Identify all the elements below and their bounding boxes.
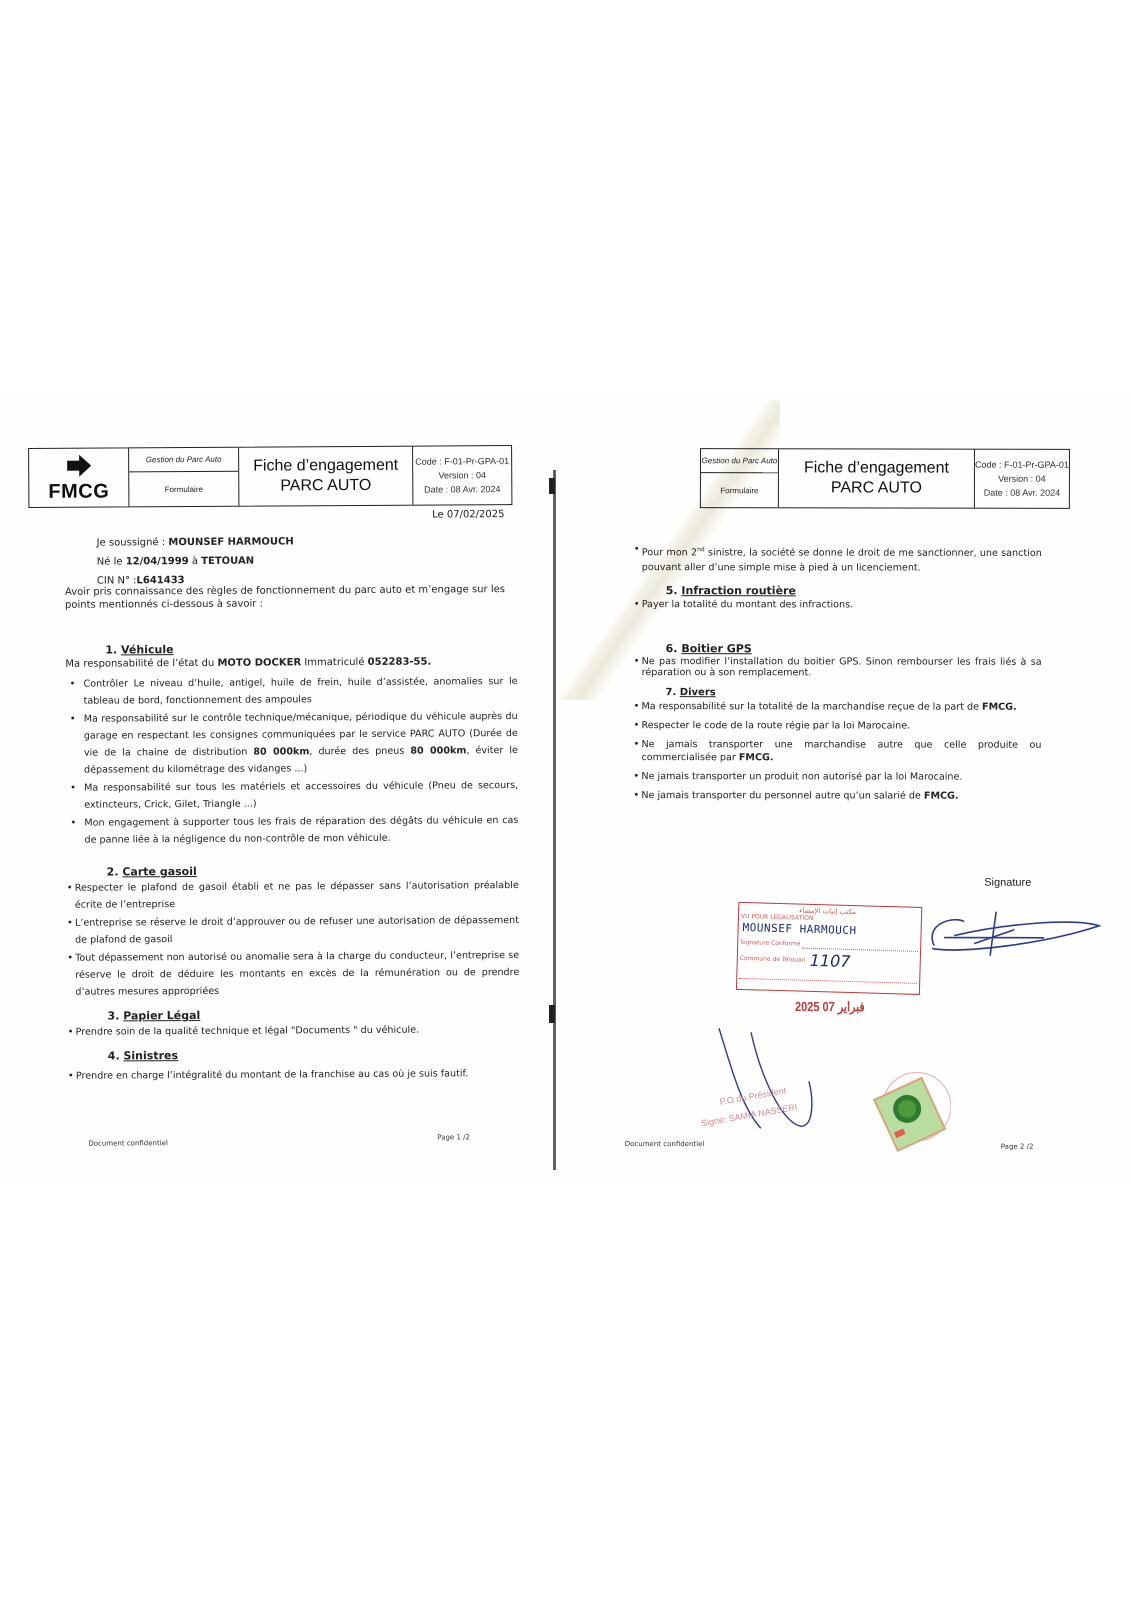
birth-sep: à xyxy=(189,556,202,567)
doc-code: Code : F-01-Pr-GPA-01 xyxy=(975,458,1069,472)
section-papier-legal: 3. Papier Légal Prendre soin de la quali… xyxy=(67,1007,519,1042)
list-item: Payer la totalité du montant des infract… xyxy=(634,598,1042,612)
section-number: 4. xyxy=(108,1049,120,1062)
doc-date: Date : 08 Avr. 2024 xyxy=(424,482,500,496)
signer-name: MOUNSEF HARMOUCH xyxy=(168,536,293,548)
title-line-2: PARC AUTO xyxy=(280,476,371,497)
signature-label: Signature xyxy=(984,877,1031,889)
list-item: Pour mon 2nd sinistre, la société se don… xyxy=(634,542,1042,576)
ordinal-suffix: nd xyxy=(697,546,705,553)
section-heading: Divers xyxy=(680,687,716,698)
binding-mark xyxy=(549,1005,555,1023)
page-number: Page 1 /2 xyxy=(437,1133,470,1141)
section-vehicule: 1. Véhicule Ma responsabilité de l’état … xyxy=(65,641,518,850)
department-label: Gestion du Parc Auto xyxy=(701,449,778,473)
section-gps: 6. Boitier GPS Ne pas modifier l’install… xyxy=(634,642,1042,680)
section-heading: Papier Légal xyxy=(123,1009,200,1022)
divers-list: Ma responsabilité sur la totalité de la … xyxy=(633,700,1041,803)
list-item: Ma responsabilité sur la totalité de la … xyxy=(634,700,1042,714)
list-item: Respecter le plafond de gasoil établi et… xyxy=(67,877,519,914)
section-number: 6. xyxy=(666,642,678,655)
list-item: Ne jamais transporter une marchandise au… xyxy=(633,738,1041,765)
list-item: Tout dépassement non autorisé ou anomali… xyxy=(67,947,519,1001)
document-title: Fiche d’engagement PARC AUTO xyxy=(239,447,413,506)
fiscal-stamp-icon xyxy=(869,1068,951,1152)
stamp-date: 2025 فبراير 07 xyxy=(795,999,865,1015)
handwritten-number: 1107 xyxy=(810,951,851,971)
section-number: 3. xyxy=(107,1009,119,1022)
department-label: Gestion du Parc Auto xyxy=(129,448,238,473)
section-number: 1. xyxy=(105,643,117,656)
birth-line: Né le 12/04/1999 à TETOUAN xyxy=(97,551,294,571)
footer-confidential: Document confidentiel xyxy=(625,1140,705,1148)
section-number: 2. xyxy=(107,865,119,878)
document-header: FMCG Gestion du Parc Auto Formulaire Fic… xyxy=(28,445,512,508)
handwritten-name: MOUNSEF HARMOUCH xyxy=(742,921,856,937)
doc-version: Version : 04 xyxy=(998,472,1046,486)
intro-paragraph: Avoir pris connaissance des règles de fo… xyxy=(65,583,517,612)
identity-block: Je soussigné : MOUNSEF HARMOUCH Né le 12… xyxy=(97,532,294,590)
arrow-logo-icon xyxy=(65,452,93,478)
section-title: 7. Divers xyxy=(634,686,1042,701)
vehicle-model: MOTO DOCKER xyxy=(217,657,301,669)
gps-list: Ne pas modifier l’installation du boitie… xyxy=(634,656,1042,679)
infraction-list: Payer la totalité du montant des infract… xyxy=(634,598,1042,612)
section-title: 6. Boitier GPS xyxy=(634,642,1042,657)
doc-code-cell: Code : F-01-Pr-GPA-01 Version : 04 Date … xyxy=(975,450,1069,508)
document-title: Fiche d’engagement PARC AUTO xyxy=(779,449,975,507)
doc-code-cell: Code : F-01-Pr-GPA-01 Version : 04 Date … xyxy=(413,446,511,505)
gasoil-list: Respecter le plafond de gasoil établi et… xyxy=(67,877,520,1001)
section-carte-gasoil: 2. Carte gasoil Respecter le plafond de … xyxy=(67,863,520,1002)
item-text: Pour mon 2 xyxy=(642,547,697,558)
section-title: 5. Infraction routière xyxy=(634,584,1042,599)
header-department-cell: Gestion du Parc Auto Formulaire xyxy=(701,449,779,507)
papier-list: Prendre soin de la qualité technique et … xyxy=(68,1021,520,1041)
list-item: Ne jamais transporter un produit non aut… xyxy=(633,770,1041,784)
list-item: Prendre en charge l’intégralité du monta… xyxy=(68,1065,520,1085)
title-line-2: PARC AUTO xyxy=(831,478,922,498)
doc-version: Version : 04 xyxy=(438,468,486,482)
list-item: Ne pas modifier l’installation du boitie… xyxy=(634,656,1042,679)
section-heading: Véhicule xyxy=(121,643,174,656)
stamp-line: Commune de Tétouan xyxy=(740,955,806,964)
section-divers: 7. Divers Ma responsabilité sur la total… xyxy=(633,686,1041,809)
logo-text: FMCG xyxy=(48,480,109,503)
list-item: Mon engagement à supporter tous les frai… xyxy=(66,812,518,849)
list-item: L’entreprise se réserve le droit d’appro… xyxy=(67,912,519,949)
list-item: Ma responsabilité sur tous les matériels… xyxy=(66,777,518,814)
list-item: Respecter le code de la route régie par … xyxy=(633,719,1041,733)
vehicle-prefix: Ma responsabilité de l’état du xyxy=(65,658,217,670)
document-date: Le 07/02/2025 xyxy=(432,509,504,520)
page-2: Gestion du Parc Auto Formulaire Fiche d’… xyxy=(599,438,1100,1159)
section-heading: Infraction routière xyxy=(681,584,796,597)
vehicle-plate: 052283-55. xyxy=(368,657,432,668)
signature-scribble-icon xyxy=(924,904,1104,974)
section-title: 4. Sinistres xyxy=(68,1047,520,1064)
company-logo: FMCG xyxy=(29,448,129,507)
sinistres-list: Prendre en charge l’intégralité du monta… xyxy=(68,1065,520,1085)
doc-code: Code : F-01-Pr-GPA-01 xyxy=(415,454,509,469)
list-item: Ne jamais transporter du personnel autre… xyxy=(633,789,1041,803)
legalization-stamp: مكتب إثبات الإمضاء VU POUR LEGALISATION … xyxy=(736,902,922,995)
document-header: Gestion du Parc Auto Formulaire Fiche d’… xyxy=(700,448,1070,509)
title-line-1: Fiche d’engagement xyxy=(804,458,949,478)
footer-confidential: Document confidentiel xyxy=(88,1139,168,1147)
list-item: Prendre soin de la qualité technique et … xyxy=(68,1021,520,1041)
birth-place: TETOUAN xyxy=(201,556,254,567)
section-sinistres-continued: Pour mon 2nd sinistre, la société se don… xyxy=(634,542,1042,577)
doc-type-label: Formulaire xyxy=(701,473,778,507)
doc-date: Date : 08 Avr. 2024 xyxy=(984,486,1060,500)
signer-line: Je soussigné : MOUNSEF HARMOUCH xyxy=(97,532,294,552)
vehicle-mid: Immatriculé xyxy=(301,657,368,668)
section-heading: Carte gasoil xyxy=(122,865,196,878)
sinistres-continued-list: Pour mon 2nd sinistre, la société se don… xyxy=(634,542,1042,576)
doc-type-label: Formulaire xyxy=(129,472,238,507)
title-line-1: Fiche d’engagement xyxy=(253,456,398,477)
vehicule-list: Contrôler Le niveau d’huile, antigel, hu… xyxy=(65,673,518,849)
page-1: FMCG Gestion du Parc Auto Formulaire Fic… xyxy=(28,435,532,1158)
section-sinistres: 4. Sinistres Prendre en charge l’intégra… xyxy=(68,1047,520,1086)
dotted-line xyxy=(739,978,917,984)
section-heading: Boitier GPS xyxy=(681,642,751,655)
vehicle-line: Ma responsabilité de l’état du MOTO DOCK… xyxy=(65,655,517,671)
list-item: Ma responsabilité sur le contrôle techni… xyxy=(66,708,518,779)
page-divider xyxy=(553,470,556,1170)
birth-label: Né le xyxy=(97,556,126,567)
page-number: Page 2 /2 xyxy=(1001,1143,1034,1151)
section-number: 7. xyxy=(666,687,677,698)
header-department-cell: Gestion du Parc Auto Formulaire xyxy=(129,448,239,507)
section-infraction: 5. Infraction routière Payer la totalité… xyxy=(634,584,1042,613)
signer-label: Je soussigné : xyxy=(97,537,169,548)
section-heading: Sinistres xyxy=(123,1049,178,1062)
binding-mark xyxy=(549,478,555,494)
stamp-line: Signature Conforme xyxy=(740,939,800,948)
section-number: 5. xyxy=(666,584,678,597)
birth-date: 12/04/1999 xyxy=(126,556,189,567)
list-item: Contrôler Le niveau d’huile, antigel, hu… xyxy=(65,673,517,710)
